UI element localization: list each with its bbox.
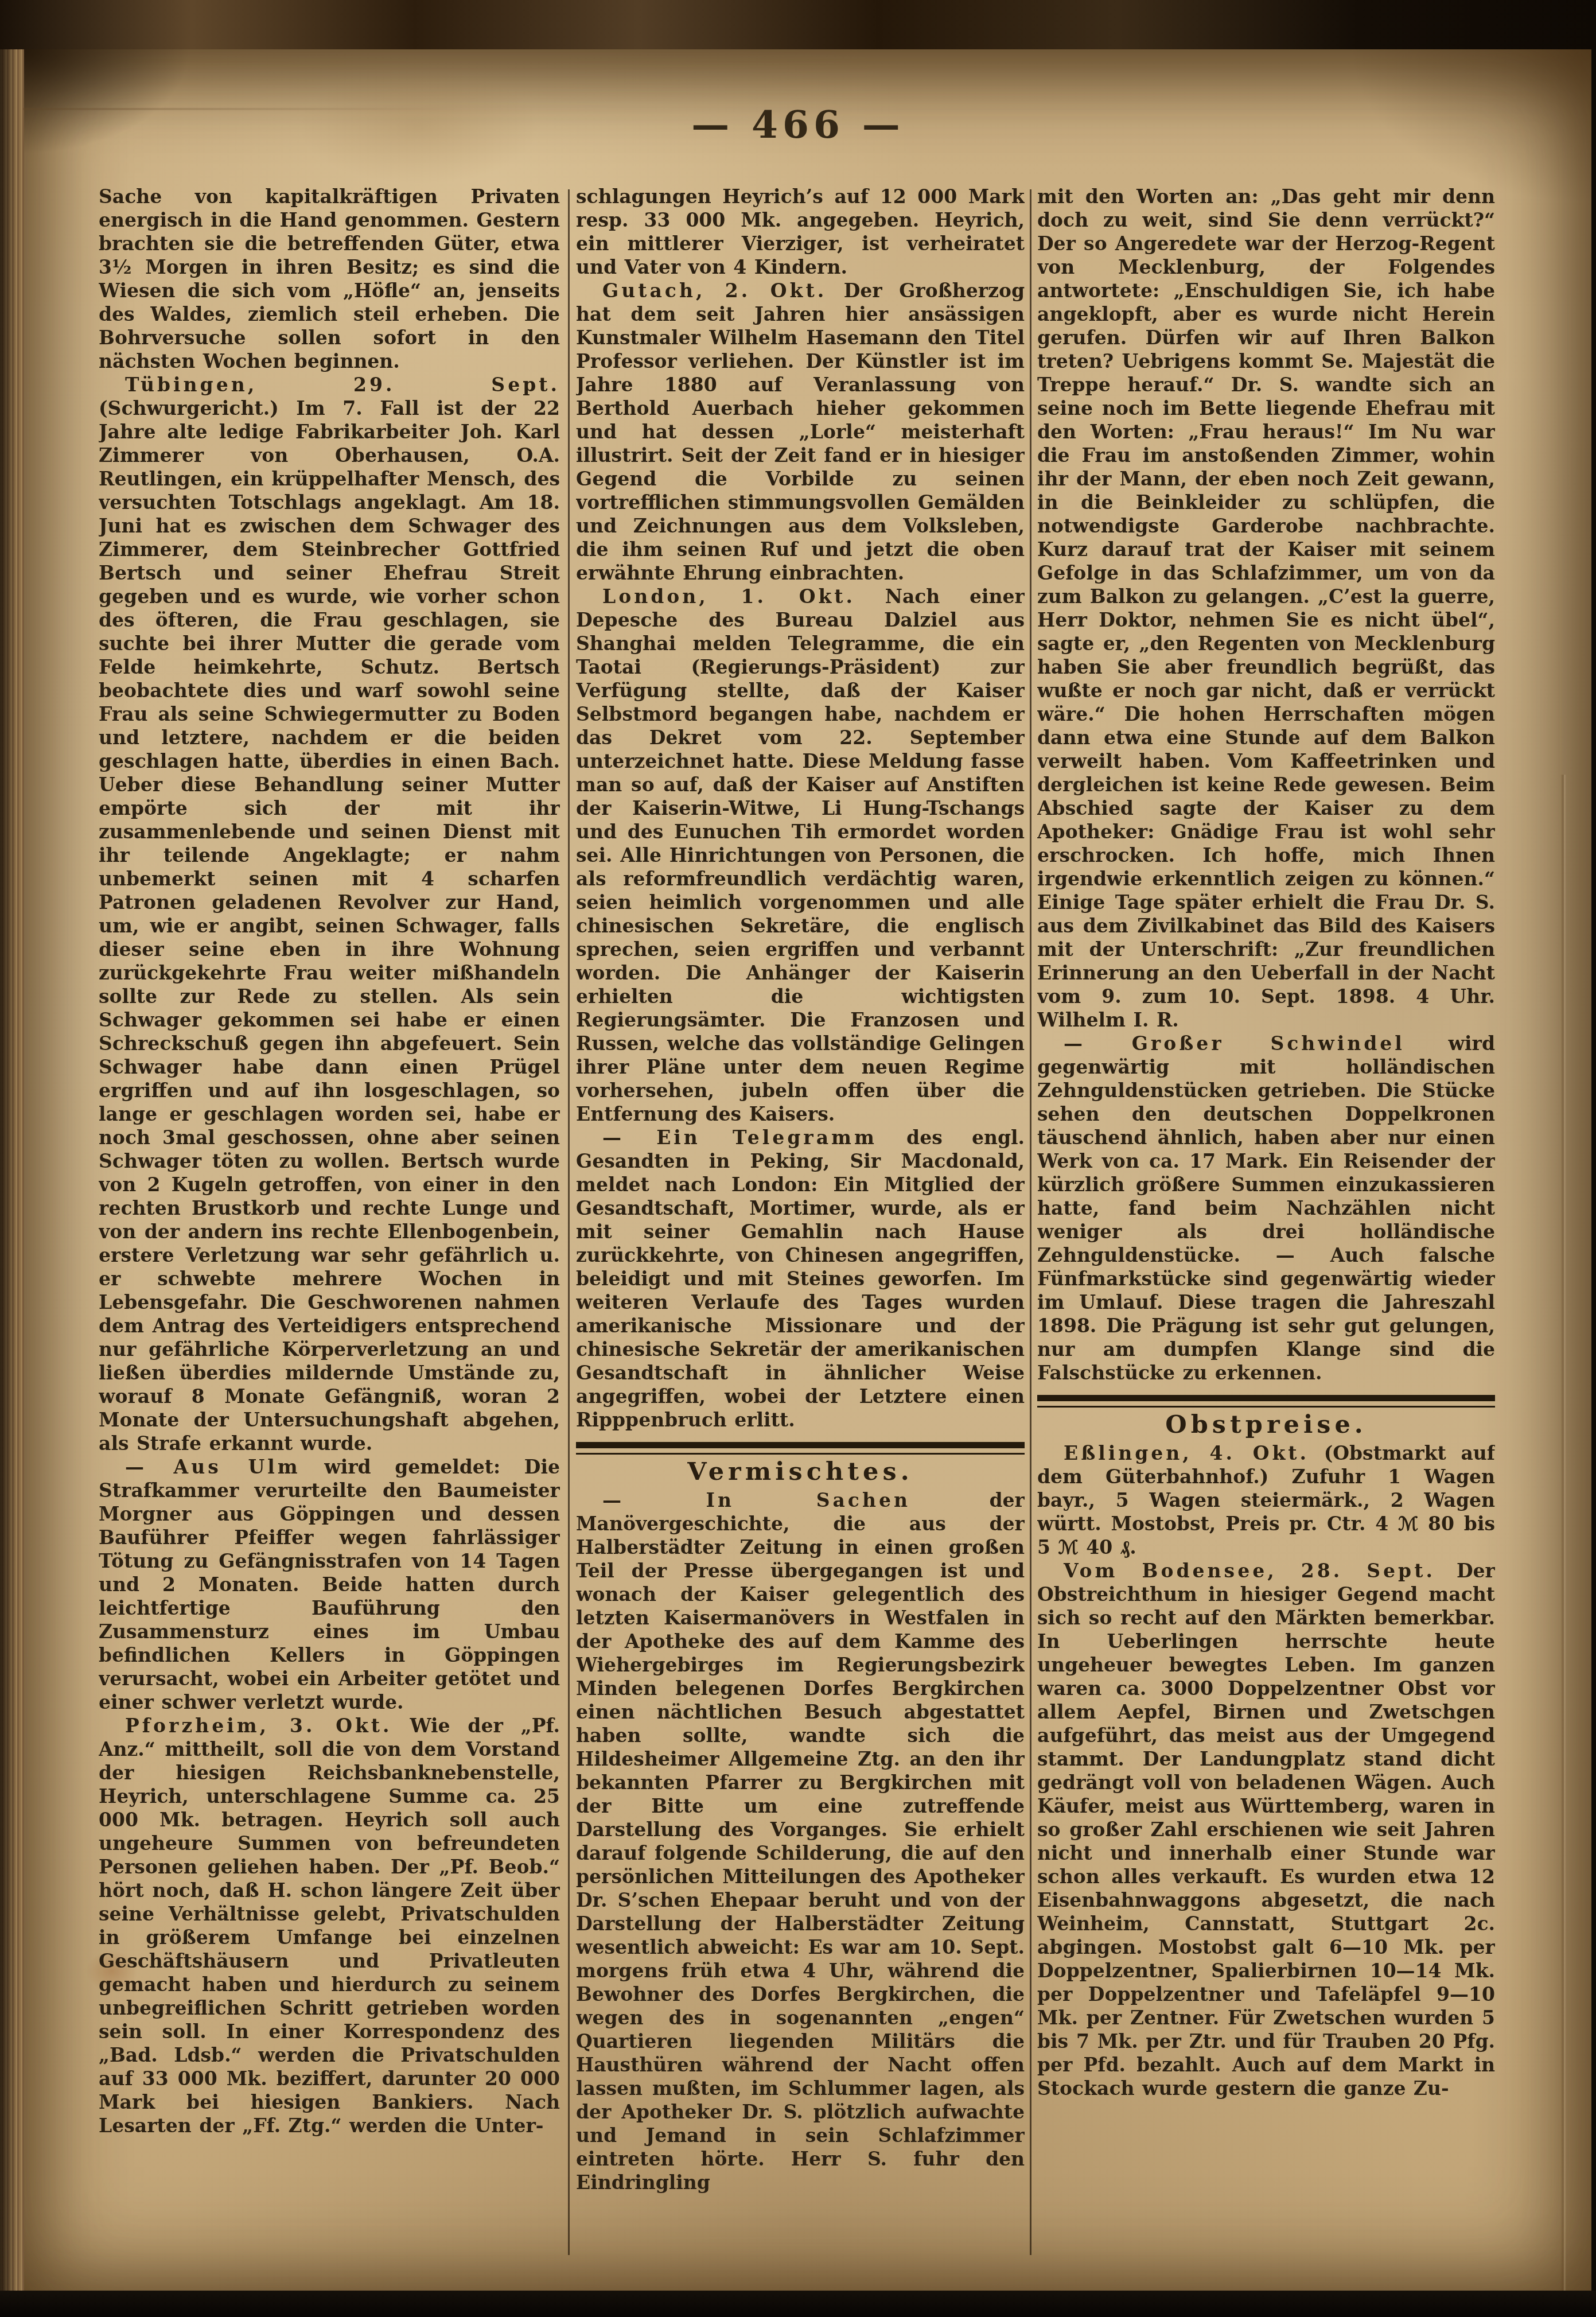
article-paragraph: — In Sachen der Manövergeschichte, die a… [576, 1488, 1025, 2194]
dateline-lead: — Aus Ulm [125, 1456, 301, 1478]
section-divider-rule [576, 1442, 1025, 1455]
scan-bottom-edge [0, 2291, 1596, 2317]
dateline-lead: — Großer Schwindel [1064, 1032, 1405, 1055]
article-paragraph: Eßlingen, 4. Okt. (Obstmarkt auf dem Güt… [1037, 1441, 1495, 1559]
article-paragraph: London, 1. Okt. Nach einer Depesche des … [576, 585, 1025, 1126]
article-paragraph: Gutach, 2. Okt. Der Großherzog hat dem s… [576, 279, 1025, 585]
dateline-lead: Eßlingen, 4. Okt. [1064, 1442, 1309, 1464]
article-paragraph: Tübingen, 29. Sept. (Schwurgericht.) Im … [99, 373, 560, 1455]
dateline-lead: — In Sachen [602, 1489, 910, 1511]
column-divider-rule [568, 189, 570, 2255]
article-paragraph: Vom Bodensee, 28. Sept. Der Obstreichthu… [1037, 1559, 1495, 2100]
paragraph-continuation: Sache von kapitalkräftigen Privaten ener… [99, 185, 560, 373]
dateline-lead: Tübingen, 29. Sept. [125, 374, 560, 396]
dateline-lead: Pforzheim, 3. Okt. [125, 1715, 392, 1737]
page-number: — 466 — [0, 102, 1596, 147]
newspaper-column-1: Sache von kapitalkräftigen Privaten ener… [99, 185, 560, 2277]
article-paragraph: — Aus Ulm wird gemeldet: Die Strafkammer… [99, 1455, 560, 1714]
book-top-edge [0, 0, 1596, 49]
dateline-lead: — Ein Telegramm [602, 1126, 877, 1149]
paragraph-continuation: schlagungen Heyrich’s auf 12 000 Mark re… [576, 185, 1025, 279]
paragraph-continuation: mit den Worten an: „Das geht mir denn do… [1037, 185, 1495, 1032]
article-paragraph: — Großer Schwindel wird gegenwärtig mit … [1037, 1032, 1495, 1385]
paper-fold-crease [1560, 775, 1566, 2291]
newspaper-column-3: mit den Worten an: „Das geht mir denn do… [1037, 185, 1495, 2277]
book-page-edges [0, 49, 24, 2291]
dateline-lead: London, 1. Okt. [602, 585, 855, 608]
section-divider-rule [1037, 1395, 1495, 1408]
newspaper-column-2: schlagungen Heyrich’s auf 12 000 Mark re… [576, 185, 1025, 2277]
dateline-lead: Gutach, 2. Okt. [602, 279, 827, 302]
section-heading: Obstpreise. [1037, 1413, 1495, 1437]
section-heading: Vermischtes. [576, 1460, 1025, 1484]
article-paragraph: Pforzheim, 3. Okt. Wie der „Pf. Anz.“ mi… [99, 1714, 560, 2137]
dateline-lead: Vom Bodensee, 28. Sept. [1064, 1560, 1435, 1582]
column-divider-rule [1030, 189, 1031, 2255]
article-paragraph: — Ein Telegramm des engl. Gesandten in P… [576, 1126, 1025, 1432]
